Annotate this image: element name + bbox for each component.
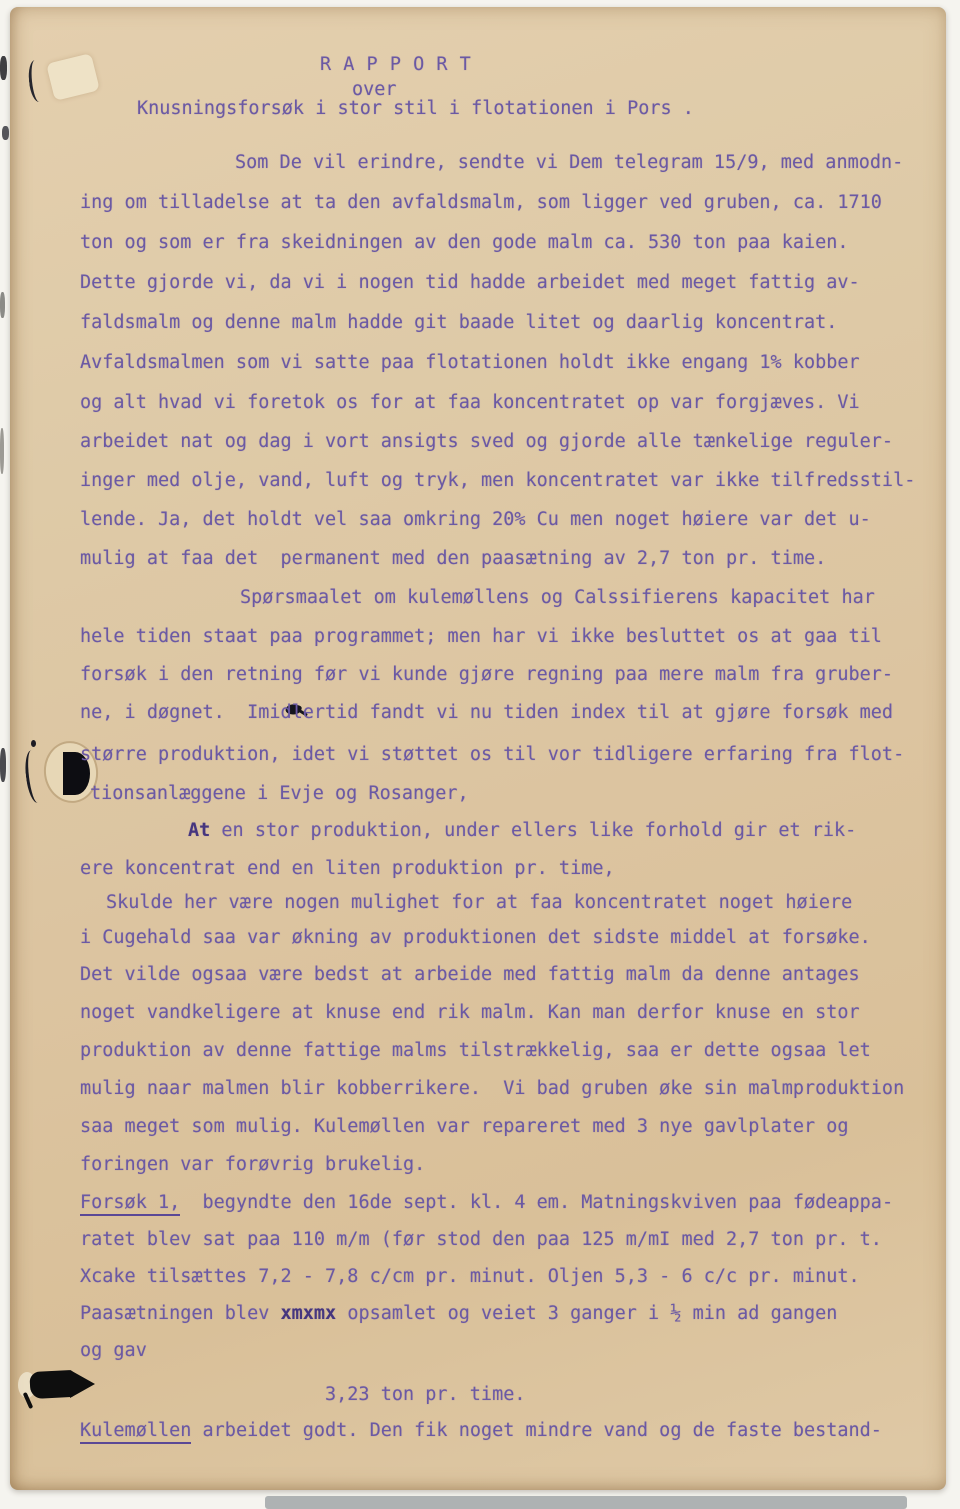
text-line: hele tiden staat paa programmet; men har…: [80, 624, 882, 650]
line-text: inger med olje, vand, luft og tryk, men …: [80, 470, 915, 491]
line-text: Som De vil erindre, sendte vi Dem telegr…: [235, 152, 903, 173]
line-text: saa meget som mulig. Kulemøllen var repa…: [80, 1116, 849, 1137]
text-line: og alt hvad vi foretok os for at faa kon…: [80, 390, 860, 416]
line-text: arbeidet godt. Den fik noget mindre vand…: [191, 1420, 882, 1441]
line-text: lende. Ja, det holdt vel saa omkring 20%…: [80, 509, 871, 530]
line-text: hele tiden staat paa programmet; men har…: [80, 626, 882, 647]
line-text: ratet blev sat paa 110 m/m (før stod den…: [80, 1229, 882, 1250]
text-line: arbeidet nat og dag i vort ansigts sved …: [80, 429, 893, 455]
line-text: forsøk i den retning før vi kunde gjøre …: [80, 664, 893, 685]
line-text: ere koncentrat end en liten produktion p…: [80, 858, 615, 879]
text-line: og gav: [80, 1338, 147, 1364]
edge-speck: [2, 126, 9, 140]
line-text: og gav: [80, 1340, 147, 1361]
text-line: ton og som er fra skeidningen av den god…: [80, 230, 849, 256]
struck-over-word: xmxmx: [280, 1303, 336, 1324]
line-text: Skulde her være nogen mulighet for at fa…: [106, 892, 852, 913]
text-line: Skulde her være nogen mulighet for at fa…: [106, 890, 852, 916]
line-text: Spørsmaalet om kulemøllens og Calssifier…: [240, 587, 875, 608]
line-text: Dette gjorde vi, da vi i nogen tid hadde…: [80, 272, 860, 293]
text-line: ratet blev sat paa 110 m/m (før stod den…: [80, 1227, 882, 1253]
line-text: opsamlet og veiet 3 ganger i ½ min ad ga…: [336, 1303, 837, 1324]
ink-arrow-blob: [29, 1370, 74, 1399]
text-line: Det vilde ogsaa være bedst at arbeide me…: [80, 962, 860, 988]
line-text: begyndte den 16de sept. kl. 4 em. Matnin…: [180, 1192, 893, 1213]
text-line: Avfaldsmalmen som vi satte paa flotation…: [80, 350, 860, 376]
text-line: ne, i døgnet. Imidlertid fandt vi nu tid…: [80, 700, 893, 726]
line-text: tionsanlæggene i Evje og Rosanger,: [90, 783, 469, 804]
text-line: ing om tilladelse at ta den avfaldsmalm,…: [80, 190, 882, 216]
edge-speck: [0, 292, 5, 318]
line-text: mulig naar malmen blir kobberrikere. Vi …: [80, 1078, 904, 1099]
result-line: 3,23 ton pr. time.: [325, 1382, 525, 1408]
edge-speck: [0, 748, 6, 782]
underlined-heading: Forsøk 1,: [80, 1192, 180, 1216]
text-line: foringen var forøvrig brukelig.: [80, 1152, 425, 1178]
line-text: ton og som er fra skeidningen av den god…: [80, 232, 849, 253]
text-line: i Cugehald saa var økning av produktione…: [80, 925, 871, 951]
line-text: arbeidet nat og dag i vort ansigts sved …: [80, 431, 893, 452]
edge-speck: [0, 56, 7, 80]
bold-word: At: [188, 820, 210, 841]
line-text: og alt hvad vi foretok os for at faa kon…: [80, 392, 860, 413]
line-text: foringen var forøvrig brukelig.: [80, 1154, 425, 1175]
text-line: lende. Ja, det holdt vel saa omkring 20%…: [80, 507, 871, 533]
text-line: tionsanlæggene i Evje og Rosanger,: [90, 781, 469, 807]
text-line: Spørsmaalet om kulemøllens og Calssifier…: [240, 585, 875, 611]
text-line: Som De vil erindre, sendte vi Dem telegr…: [235, 150, 903, 176]
line-text: mulig at faa det permanent med den paasæ…: [80, 548, 826, 569]
text-line: Xcake tilsættes 7,2 - 7,8 c/cm pr. minut…: [80, 1264, 860, 1290]
text-line: At en stor produktion, under ellers like…: [188, 818, 856, 844]
pen-dot-mark: [31, 740, 36, 747]
text-line: Paasætningen blev xmxmx opsamlet og veie…: [80, 1301, 837, 1327]
line-text: Det vilde ogsaa være bedst at arbeide me…: [80, 964, 860, 985]
underlined-heading: Kulemøllen: [80, 1420, 191, 1444]
text-line: mulig at faa det permanent med den paasæ…: [80, 546, 826, 572]
forsok-1-heading-line: Forsøk 1, begyndte den 16de sept. kl. 4 …: [80, 1190, 893, 1216]
report-title: R A P P O R T: [320, 52, 471, 78]
report-heading-text: Knusningsforsøk i stor stil i flotatione…: [137, 98, 694, 119]
text-line: faldsmalm og denne malm hadde git baade …: [80, 310, 837, 336]
report-heading: Knusningsforsøk i stor stil i flotatione…: [137, 96, 694, 122]
line-text: større produktion, idet vi støttet os ti…: [80, 744, 904, 765]
line-text: faldsmalm og denne malm hadde git baade …: [80, 312, 837, 333]
kulemollen-heading-line: Kulemøllen arbeidet godt. Den fik noget …: [80, 1418, 882, 1444]
line-text: i Cugehald saa var økning av produktione…: [80, 927, 871, 948]
scanned-report-page: R A P P O R T over Knusningsforsøk i sto…: [0, 0, 960, 1509]
line-text: noget vandkeligere at knuse end rik malm…: [80, 1002, 860, 1023]
line-text: produktion av denne fattige malms tilstr…: [80, 1040, 871, 1061]
edge-speck: [0, 428, 4, 474]
text-line: forsøk i den retning før vi kunde gjøre …: [80, 662, 893, 688]
bottom-edge-strip: [265, 1496, 907, 1509]
text-line: saa meget som mulig. Kulemøllen var repa…: [80, 1114, 849, 1140]
line-text: 3,23 ton pr. time.: [325, 1384, 525, 1405]
line-text: Avfaldsmalmen som vi satte paa flotation…: [80, 352, 860, 373]
line-text: ing om tilladelse at ta den avfaldsmalm,…: [80, 192, 882, 213]
text-line: inger med olje, vand, luft og tryk, men …: [80, 468, 915, 494]
line-text: Paasætningen blev: [80, 1303, 280, 1324]
ink-arrow-blob: [70, 1370, 95, 1398]
text-line: Dette gjorde vi, da vi i nogen tid hadde…: [80, 270, 860, 296]
text-line: større produktion, idet vi støttet os ti…: [80, 742, 904, 768]
text-line: ere koncentrat end en liten produktion p…: [80, 856, 615, 882]
line-text: Xcake tilsættes 7,2 - 7,8 c/cm pr. minut…: [80, 1266, 860, 1287]
text-line: produktion av denne fattige malms tilstr…: [80, 1038, 871, 1064]
line-text: ne, i døgnet. Imidlertid fandt vi nu tid…: [80, 702, 893, 723]
report-title-text: R A P P O R T: [320, 54, 471, 75]
line-text: en stor produktion, under ellers like fo…: [210, 820, 856, 841]
text-line: mulig naar malmen blir kobberrikere. Vi …: [80, 1076, 904, 1102]
text-line: noget vandkeligere at knuse end rik malm…: [80, 1000, 860, 1026]
